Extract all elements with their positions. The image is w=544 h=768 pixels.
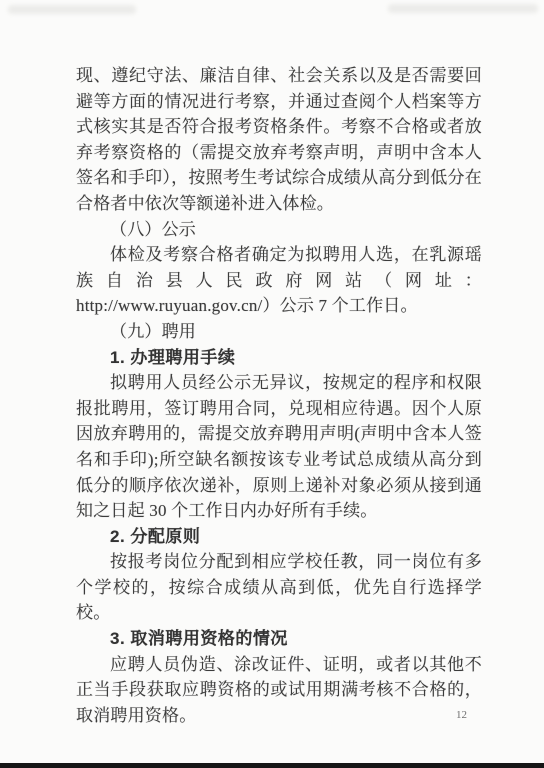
paragraph-allocation-principle: 按报考岗位分配到相应学校任教，同一岗位有多个学校的，按综合成绩从高到低，优先自行…	[76, 549, 482, 626]
paragraph-inspection-continuation: 现、遵纪守法、廉洁自律、社会关系以及是否需要回避等方面的情况进行考察，并通过查阅…	[76, 63, 482, 217]
sub-heading-hiring-procedure: 1. 办理聘用手续	[76, 345, 482, 371]
page-number: 12	[456, 709, 467, 721]
section-heading-public-notice: （八）公示	[76, 217, 482, 243]
sub-heading-allocation-principle: 2. 分配原则	[76, 524, 482, 550]
scan-artifact-top-right	[388, 4, 538, 13]
paragraph-public-notice: 体检及考察合格者确定为拟聘用人选，在乳源瑶族自治县人民政府网站（网址：http:…	[76, 242, 482, 319]
paragraph-disqualification: 应聘人员伪造、涂改证件、证明，或者以其他不正当手段获取应聘资格的或试用期满考核不…	[76, 652, 482, 729]
scan-edge-bottom	[0, 763, 544, 768]
paragraph-hiring-procedure: 拟聘用人员经公示无异议，按规定的程序和权限报批聘用，签订聘用合同，兑现相应待遇。…	[76, 370, 482, 524]
scanned-document-page: 现、遵纪守法、廉洁自律、社会关系以及是否需要回避等方面的情况进行考察，并通过查阅…	[0, 0, 544, 768]
scan-artifact-top-left	[8, 5, 136, 14]
sub-heading-disqualification: 3. 取消聘用资格的情况	[76, 626, 482, 652]
document-body: 现、遵纪守法、廉洁自律、社会关系以及是否需要回避等方面的情况进行考察，并通过查阅…	[76, 63, 482, 728]
section-heading-employment: （九）聘用	[76, 319, 482, 345]
